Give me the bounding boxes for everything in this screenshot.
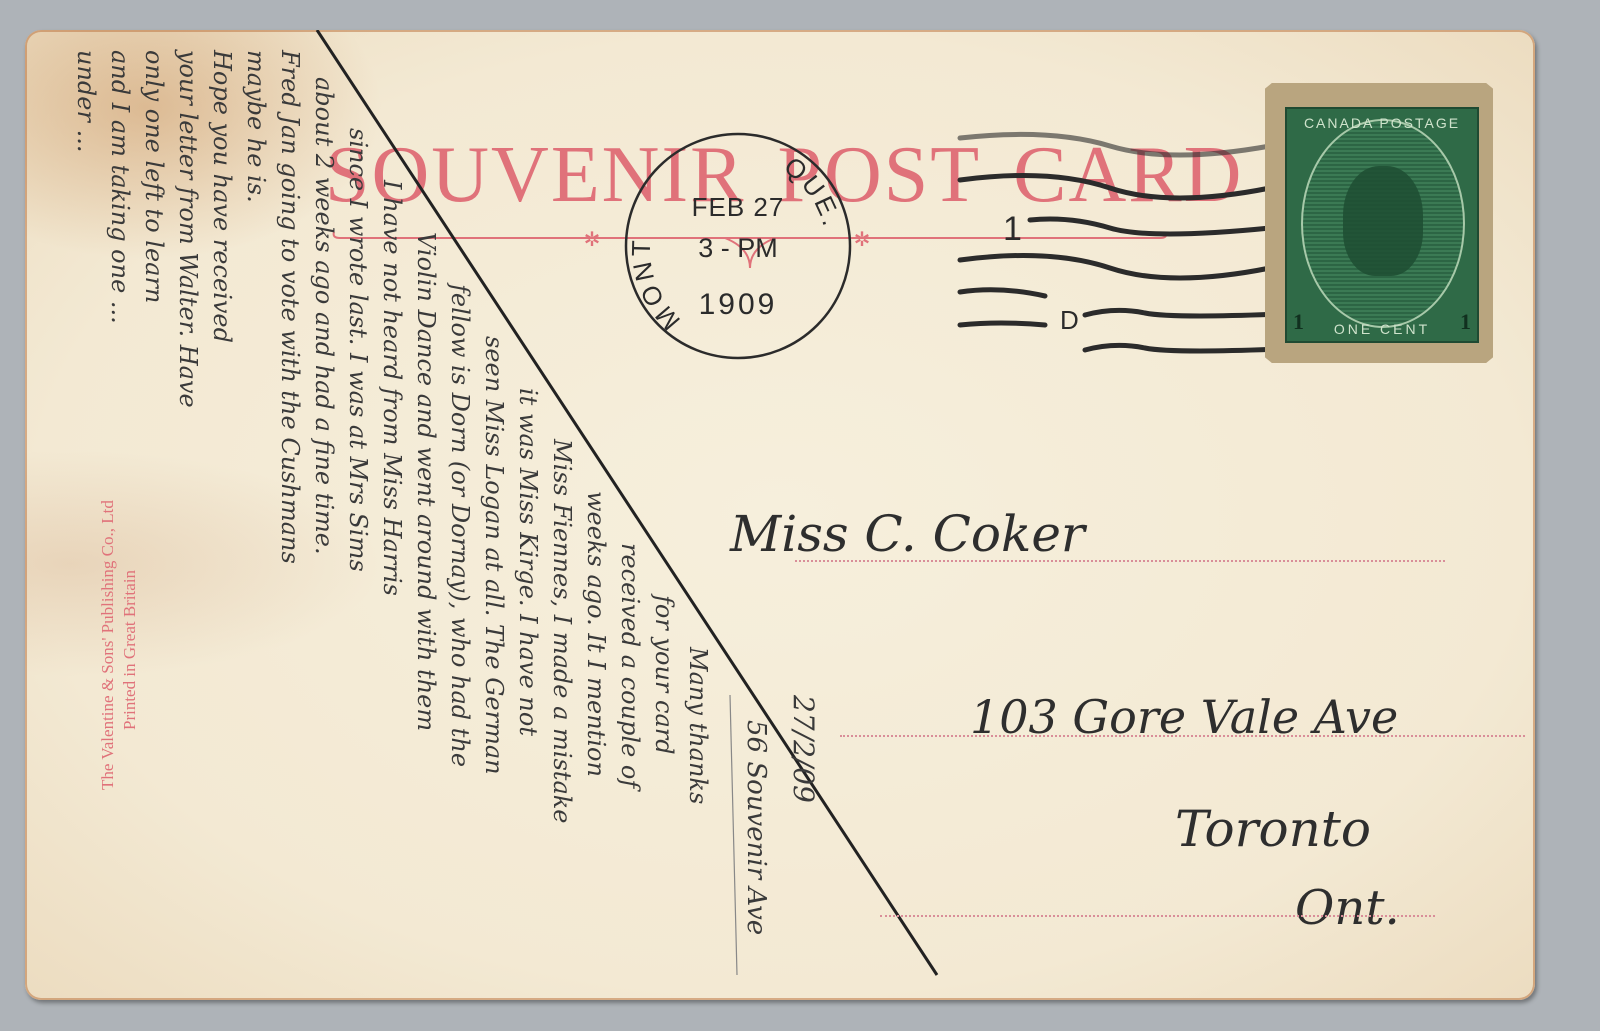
postmark-date: FEB 27 — [622, 192, 854, 223]
message-line: received a couple of — [613, 543, 647, 788]
stamp-denomination: ONE CENT — [1287, 321, 1477, 337]
message-line: under ... — [69, 50, 103, 152]
message-line: your letter from Walter. Have — [171, 50, 205, 408]
svg-text:✲: ✲ — [854, 230, 871, 251]
title-card: CARD — [1013, 131, 1243, 219]
sender-date: 27/2/09 — [786, 695, 820, 803]
message-line: Hope you have received — [205, 50, 239, 343]
message-line: Fred Jan going to vote with the Cushmans — [273, 50, 307, 564]
address-line-1 — [795, 560, 1445, 562]
message-line: Many thanks — [681, 647, 715, 804]
message-line: weeks ago. It I mention — [579, 491, 613, 777]
publisher-name: The Valentine & Sons' Publishing Co., Lt… — [97, 500, 119, 790]
stamp-value-right: 1 — [1460, 309, 1471, 335]
message-line: Miss Fiennes, I made a mistake — [545, 439, 579, 824]
message-line: maybe he is. — [239, 50, 273, 203]
message-line: I have not heard from Miss Harris — [375, 180, 409, 596]
message-line: for your card — [647, 595, 681, 755]
postcard: SOUVENIR POST CARD ✲ ✲ 1 D — [25, 30, 1535, 1000]
recipient-province: Ont. — [1295, 880, 1400, 936]
recipient-city: Toronto — [1175, 800, 1371, 858]
cancel-letter: D — [1060, 305, 1079, 336]
postmark-time: 3 - PM — [622, 233, 854, 264]
stamp-portrait-oval — [1301, 119, 1465, 328]
message-line: about 2 weeks ago and had a fine time. — [307, 77, 341, 555]
publisher-imprint: The Valentine & Sons' Publishing Co., Lt… — [97, 500, 141, 790]
message-line: and I am taking one ... — [103, 50, 137, 324]
address-line-3 — [880, 915, 1435, 917]
sender-address: 56 Souvenir Ave — [739, 720, 773, 935]
postmark-year: 1909 — [622, 288, 854, 322]
recipient-name: Miss C. Coker — [730, 505, 1085, 563]
stamp-country: CANADA POSTAGE — [1287, 115, 1477, 131]
message-line: it was Miss Kirge. I have not — [511, 388, 545, 736]
message-line: fellow is Dorn (or Dornay), who had the — [443, 284, 477, 767]
stamp-value-left: 1 — [1293, 309, 1304, 335]
king-portrait-icon — [1343, 166, 1423, 276]
stamp-face: CANADA POSTAGE ONE CENT 1 1 — [1285, 107, 1479, 343]
message-line: seen Miss Logan at all. The German — [477, 336, 511, 775]
address-line-2 — [840, 735, 1525, 737]
message-line: since I wrote last. I was at Mrs Sims — [341, 128, 375, 572]
postage-stamp: CANADA POSTAGE ONE CENT 1 1 — [1265, 83, 1493, 363]
publisher-printed-in: Printed in Great Britain — [119, 500, 141, 790]
message-line: Violin Dance and went around with them — [409, 232, 443, 731]
svg-text:✲: ✲ — [584, 230, 601, 251]
message-line: only one left to learn — [137, 50, 171, 303]
postmark: MONT QUE. FEB 27 3 - PM 1909 — [622, 130, 854, 362]
cancel-number: 1 — [1003, 210, 1022, 249]
